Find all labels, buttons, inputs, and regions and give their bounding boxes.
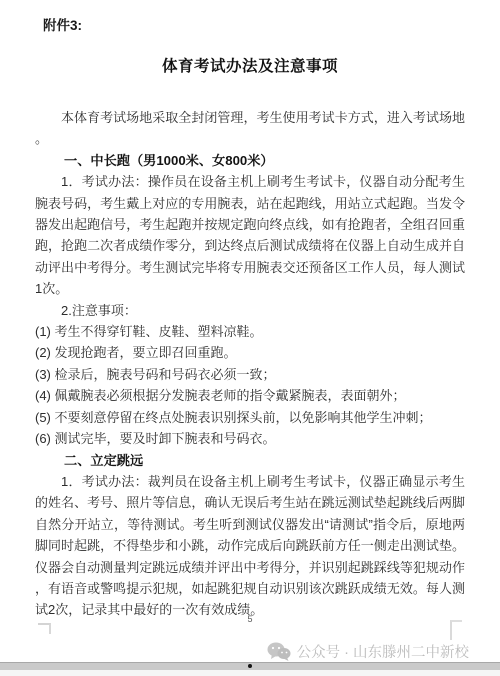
note-item-4: (4) 佩戴腕表必须根据分发腕表老师的指令戴紧腕表，表面朝外； <box>35 385 465 406</box>
page-title: 体育考试办法及注意事项 <box>35 56 465 78</box>
section-1-method-paragraph: 1．考试办法：操作员在设备主机上刷考生考试卡，仪器自动分配考生腕表号码，考生戴上… <box>35 171 465 299</box>
section-1-notes-label: 2.注意事项： <box>35 300 465 321</box>
note-item-1: (1) 考生不得穿钉鞋、皮鞋、塑料凉鞋。 <box>35 321 465 342</box>
intro-paragraph: 本体育考试场地采取全封闭管理，考生使用考试卡方式，进入考试场地。 <box>35 107 465 150</box>
wechat-icon <box>267 642 291 661</box>
watermark-text: 公众号 · 山东滕州二中新校 <box>297 641 469 662</box>
note-item-5: (5) 不要刻意停留在终点处腕表识别探头前，以免影响其他学生冲刺； <box>35 407 465 428</box>
section-2-method-paragraph: 1．考试办法：裁判员在设备主机上刷考生考试卡，仪器正确显示考生的姓名、考号、照片… <box>35 471 465 621</box>
document-page: 附件3: 体育考试办法及注意事项 本体育考试场地采取全封闭管理，考生使用考试卡方… <box>35 15 465 621</box>
section-1-notes-list: (1) 考生不得穿钉鞋、皮鞋、塑料凉鞋。 (2) 发现抢跑者，要立即召回重跑。 … <box>35 321 465 449</box>
page-number: 5 <box>0 614 500 624</box>
note-item-3: (3) 检录后，腕表号码和号码衣必须一致； <box>35 364 465 385</box>
crop-mark-right <box>450 620 462 640</box>
crop-mark-left <box>38 623 51 634</box>
section-2-heading: 二、立定跳远 <box>35 450 465 471</box>
attachment-label: 附件3: <box>43 15 465 36</box>
progress-handle[interactable] <box>248 664 252 668</box>
watermark: 公众号 · 山东滕州二中新校 <box>267 641 469 662</box>
note-item-6: (6) 测试完毕，要及时卸下腕表和号码衣。 <box>35 428 465 449</box>
below-bar-strip <box>0 670 500 676</box>
section-1-heading: 一、中长跑（男1000米、女800米） <box>35 150 465 171</box>
note-item-2: (2) 发现抢跑者，要立即召回重跑。 <box>35 342 465 363</box>
